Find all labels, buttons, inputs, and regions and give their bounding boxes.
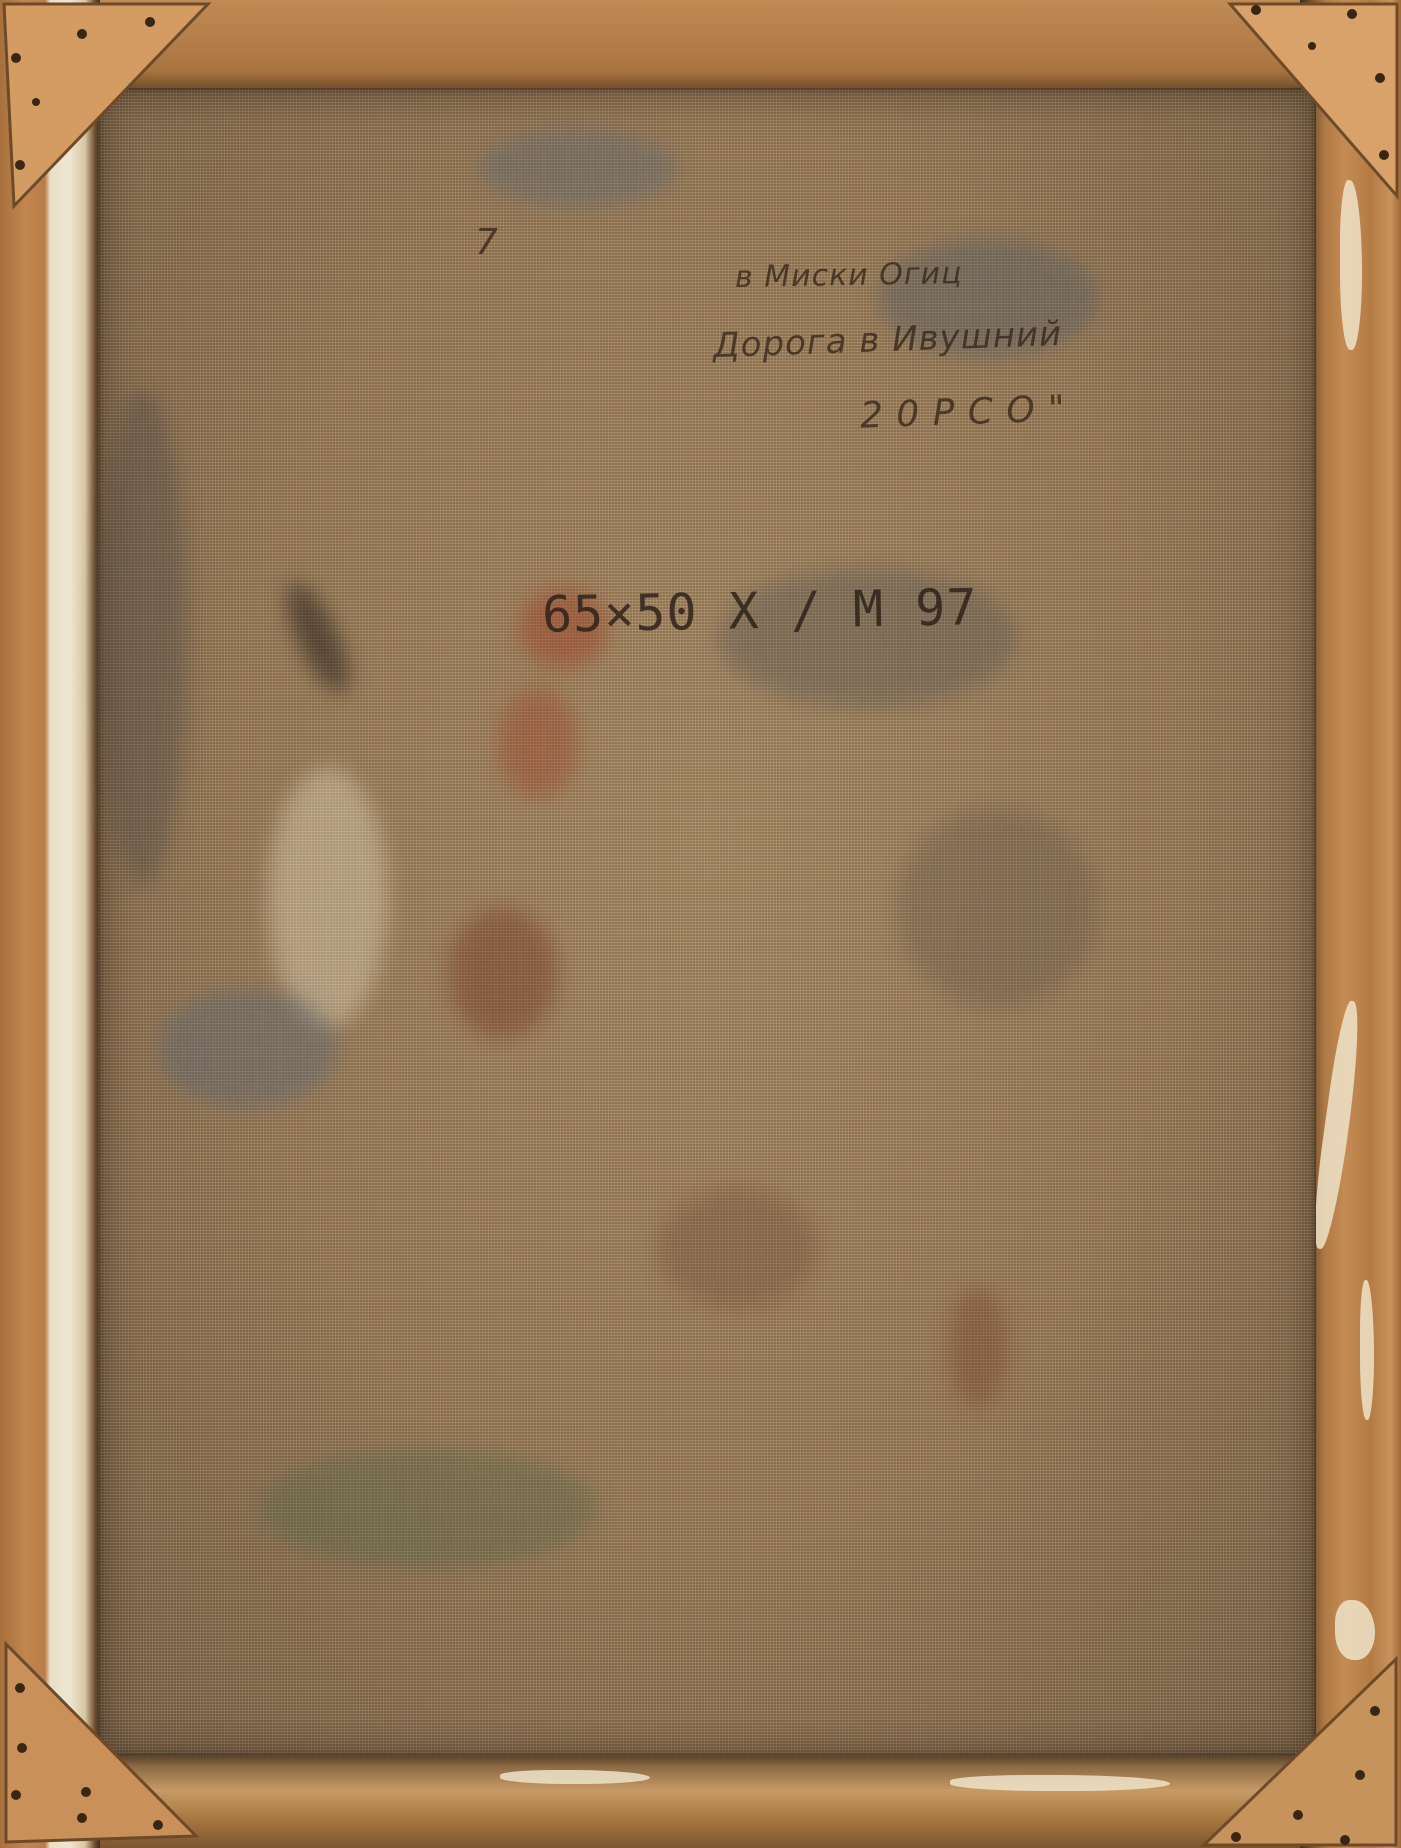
painting-back-photo: 7 в Миски Огиц Дорога в Ивушний 2 0 Р С … bbox=[0, 0, 1401, 1848]
paint-streak bbox=[500, 1770, 650, 1784]
stain bbox=[478, 128, 678, 208]
stain bbox=[658, 1188, 818, 1308]
stain bbox=[898, 808, 1098, 1008]
inscription-dimensions: 65×50 Х / М 97 bbox=[542, 578, 978, 644]
stain bbox=[498, 688, 578, 798]
stain bbox=[98, 388, 188, 888]
stain bbox=[275, 575, 362, 701]
stain bbox=[258, 1448, 598, 1568]
inscription-line-1: в Миски Огиц bbox=[735, 256, 963, 295]
corner-brace-top-left bbox=[0, 0, 215, 215]
inscription-mark: 7 bbox=[475, 222, 499, 263]
canvas-back bbox=[98, 88, 1316, 1756]
inscription-line-3: 2 0 Р С О " bbox=[859, 388, 1066, 436]
stretcher-bar-left bbox=[0, 0, 100, 1848]
corner-brace-top-right bbox=[1226, 0, 1401, 200]
stretcher-bar-bottom bbox=[0, 1752, 1401, 1848]
stain bbox=[268, 768, 388, 1028]
corner-brace-bottom-left bbox=[0, 1640, 200, 1848]
stain bbox=[948, 1288, 1008, 1408]
corner-brace-bottom-right bbox=[1200, 1655, 1401, 1848]
paint-streak bbox=[950, 1775, 1170, 1791]
stain bbox=[158, 988, 338, 1108]
stain bbox=[448, 908, 558, 1038]
